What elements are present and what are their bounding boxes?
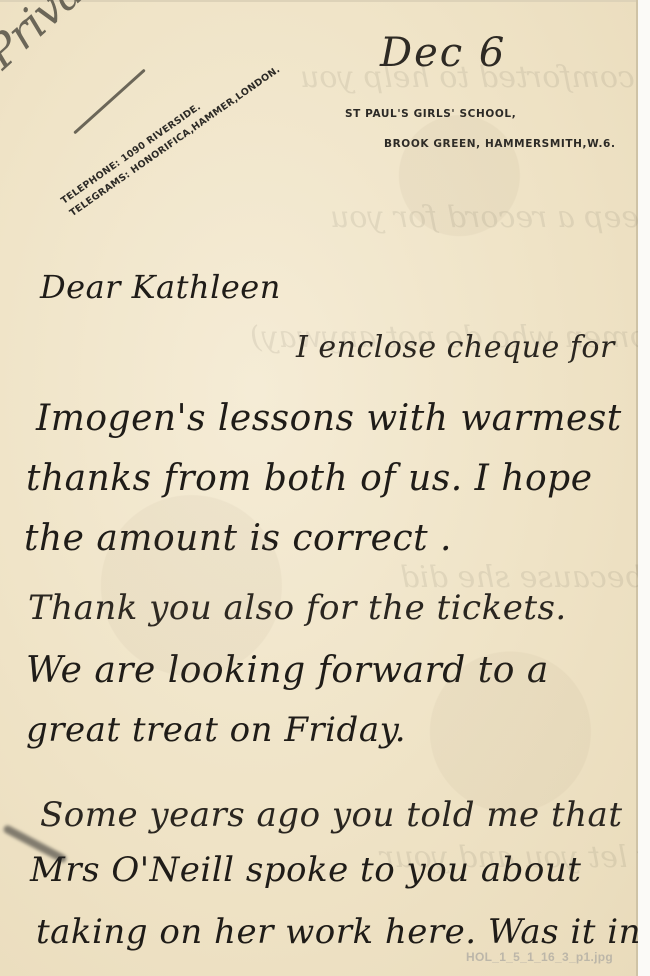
scan-margin (638, 0, 650, 976)
body-line: thanks from both of us. I hope (26, 458, 593, 499)
letterhead-contact: TELEPHONE: 1090 RIVERSIDE. TELEGRAMS: HO… (58, 50, 284, 220)
salutation: Dear Kathleen (40, 268, 281, 306)
body-line: Imogen's lessons with warmest (36, 398, 622, 439)
private-annotation: Private (0, 0, 123, 79)
body-line: Mrs O'Neill spoke to you about (30, 850, 581, 890)
body-line: the amount is correct . (24, 518, 452, 559)
body-line: Thank you also for the tickets. (28, 588, 567, 628)
private-underline (73, 69, 146, 135)
letterhead-telegrams: TELEGRAMS: HONORIFICA,HAMMER,LONDON. (67, 62, 284, 220)
body-line: great treat on Friday. (26, 710, 406, 750)
letter-date: Dec 6 (380, 30, 506, 76)
body-line: We are looking forward to a (26, 650, 549, 691)
body-line: Some years ago you told me that (40, 795, 622, 835)
letterhead-school-address: BROOK GREEN, HAMMERSMITH,W.6. (384, 138, 616, 150)
body-line: I enclose cheque for (296, 330, 615, 365)
body-line: taking on her work here. Was it in (36, 912, 641, 952)
letterhead-telephone: TELEPHONE: 1090 RIVERSIDE. (58, 50, 275, 208)
letter-page: comforted to help you to keep a record f… (0, 0, 638, 976)
bleed-through-text: to keep a record for you (330, 200, 650, 235)
letterhead-school-name: ST PAUL'S GIRLS' SCHOOL, (345, 108, 516, 120)
file-watermark: HOL_1_5_1_16_3_p1.jpg (466, 950, 613, 964)
